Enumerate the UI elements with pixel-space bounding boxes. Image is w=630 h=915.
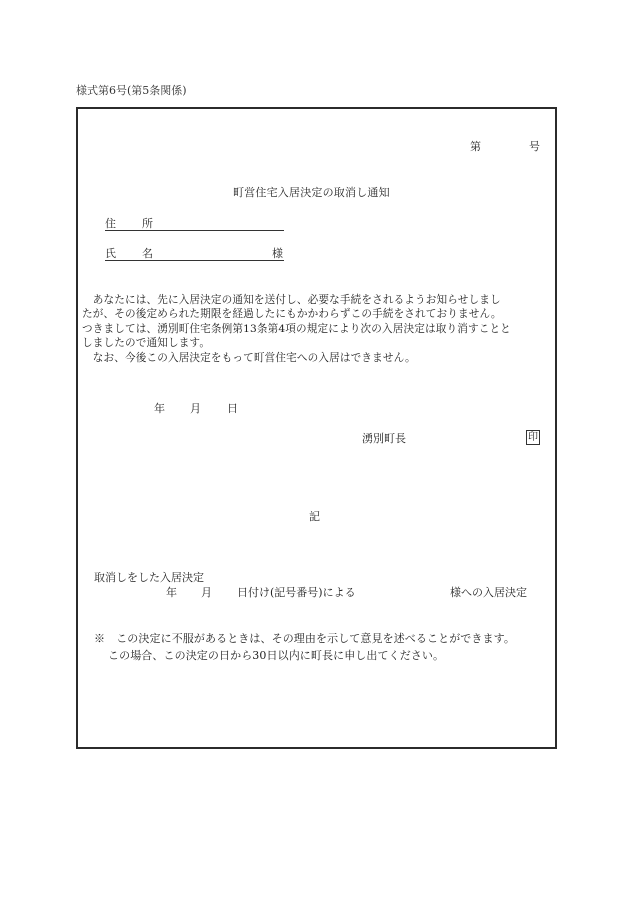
- document-number-suffix: 号: [529, 140, 540, 153]
- name-label-1: 氏: [105, 247, 116, 260]
- cancelled-year-label: 年: [166, 586, 177, 599]
- seal-mark: 印: [526, 430, 540, 445]
- body-line: あなたには、先に入居決定の通知を送付し、必要な手続をされるようお知らせしまし: [82, 293, 552, 307]
- document-number-prefix: 第: [470, 140, 481, 153]
- body-line: たが、その後定められた期限を経過したにもかかわらずこの手続をされておりません。: [82, 307, 552, 321]
- notice-body: あなたには、先に入居決定の通知を送付し、必要な手続をされるようお知らせしまし た…: [82, 293, 552, 365]
- cancelled-month-label: 月: [201, 586, 212, 599]
- appeal-note-line-2: この場合、この決定の日から30日以内に町長に申し出てください。: [108, 649, 444, 662]
- date-month-label: 月: [190, 402, 201, 415]
- document-title: 町営住宅入居決定の取消し通知: [233, 186, 390, 199]
- cancelled-decision-label: 取消しをした入居決定: [94, 571, 204, 584]
- body-line: なお、今後この入居決定をもって町営住宅への入居はできません。: [82, 351, 552, 365]
- address-label-2: 所: [142, 217, 153, 230]
- appeal-note-line-1: ※ この決定に不服があるときは、その理由を示して意見を述べることができます。: [94, 632, 515, 645]
- date-day-label: 日: [227, 402, 238, 415]
- body-line: つきましては、湧別町住宅条例第13条第4項の規定により次の入居決定は取り消すこと…: [82, 322, 552, 336]
- address-field: 住 所: [105, 217, 284, 231]
- address-label-1: 住: [105, 217, 116, 230]
- issuer-name: 湧別町長: [362, 432, 406, 445]
- name-field: 氏 名 様: [105, 247, 284, 261]
- cancelled-target: 様への入居決定: [450, 586, 527, 599]
- cancelled-date-reference: 日付け(記号番号)による: [237, 586, 356, 599]
- date-year-label: 年: [154, 402, 165, 415]
- honorific: 様: [272, 247, 283, 260]
- name-label-2: 名: [142, 247, 153, 260]
- ki-heading: 記: [309, 510, 320, 523]
- form-number-label: 様式第6号(第5条関係): [76, 84, 187, 97]
- body-line: しましたので通知します。: [82, 336, 552, 350]
